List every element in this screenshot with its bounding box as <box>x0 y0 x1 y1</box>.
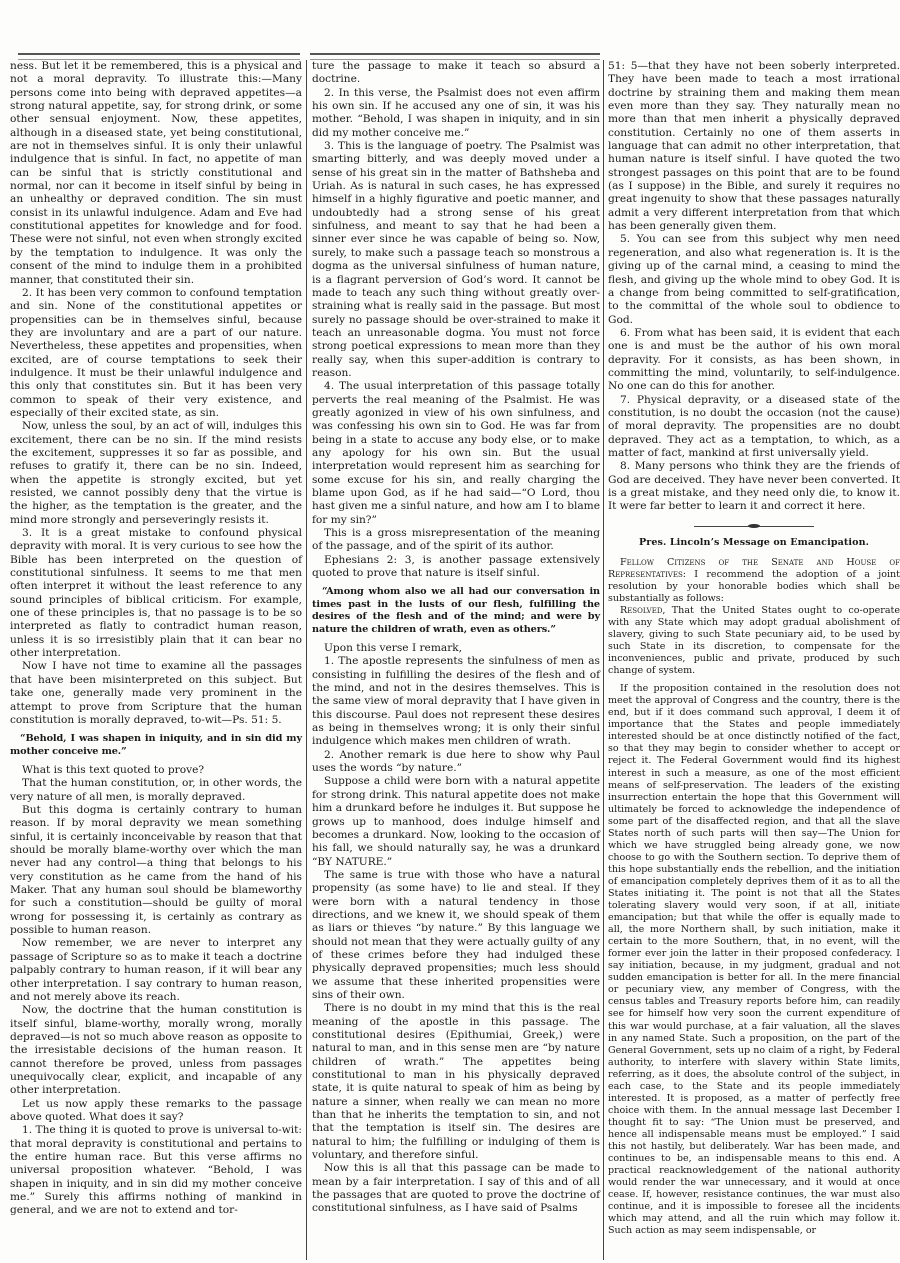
column-2: ture the passage to make it teach so abs… <box>306 60 600 1260</box>
paragraph: Now remember, we are never to interpret … <box>10 937 302 1004</box>
paragraph: 2. It has been very common to confound t… <box>10 287 302 420</box>
paragraph: This is a gross misrepresentation of the… <box>312 527 600 554</box>
paragraph: 2. In this verse, the Psalmist does not … <box>312 87 600 140</box>
lincoln-article: Pres. Lincoln’s Message on Emancipation.… <box>608 537 900 1238</box>
paragraph: Now, unless the soul, by an act of will,… <box>10 420 302 527</box>
paragraph: 6. From what has been said, it is eviden… <box>608 327 900 394</box>
paragraph: 1. The thing it is quoted to prove is un… <box>10 1124 302 1217</box>
scripture-quote: “Behold, I was shapen in iniquity, and i… <box>10 733 302 758</box>
paragraph: 3. It is a great mistake to confound phy… <box>10 527 302 660</box>
article-body: If the proposition contained in the reso… <box>608 683 900 1237</box>
paragraph: Now, the doctrine that the human constit… <box>10 1004 302 1097</box>
paragraph: ness. But let it be remembered, this is … <box>10 60 302 287</box>
paragraph: 3. This is the language of poetry. The P… <box>312 140 600 380</box>
paragraph: 7. Physical depravity, or a diseased sta… <box>608 394 900 461</box>
paragraph: 8. Many persons who think they are the f… <box>608 460 900 513</box>
paragraph: The same is true with those who have a n… <box>312 869 600 1002</box>
paragraph: 1. The apostle represents the sinfulness… <box>312 655 600 748</box>
paragraph: Ephesians 2: 3, is another passage exten… <box>312 554 600 581</box>
column-3: 51: 5—that they have not been soberly in… <box>603 60 900 1260</box>
paragraph: 5. You can see from this subject why men… <box>608 233 900 326</box>
scripture-quote: “Among whom also we all had our conversa… <box>312 586 600 636</box>
paragraph: Let us now apply these remarks to the pa… <box>10 1098 302 1125</box>
column-1: ness. But let it be remembered, this is … <box>10 60 302 1218</box>
resolved-label: Resolved, <box>620 605 665 616</box>
resolution-paragraph: Resolved, That the United States ought t… <box>608 605 900 677</box>
section-divider-ornament <box>694 526 814 527</box>
paragraph: That the human constitution, or, in othe… <box>10 777 302 804</box>
paragraph: What is this text quoted to prove? <box>10 764 302 777</box>
paragraph: ture the passage to make it teach so abs… <box>312 60 600 87</box>
header-rule-left <box>18 53 300 60</box>
paragraph: Suppose a child were born with a natural… <box>312 775 600 868</box>
paragraph: But this dogma is certainly contrary to … <box>10 804 302 937</box>
paragraph: 51: 5—that they have not been soberly in… <box>608 60 900 233</box>
header-rule-middle <box>310 53 600 60</box>
paragraph: 4. The usual interpretation of this pass… <box>312 380 600 527</box>
paragraph: Upon this verse I remark, <box>312 642 600 655</box>
article-headline: Pres. Lincoln’s Message on Emancipation. <box>608 537 900 549</box>
article-opening: Fellow Citizens of the Senate and House … <box>608 557 900 605</box>
paragraph: Now I have not time to examine all the p… <box>10 660 302 727</box>
paragraph: Now this is all that this passage can be… <box>312 1162 600 1215</box>
paragraph: There is no doubt in my mind that this i… <box>312 1002 600 1162</box>
paragraph: 2. Another remark is due here to show wh… <box>312 749 600 776</box>
